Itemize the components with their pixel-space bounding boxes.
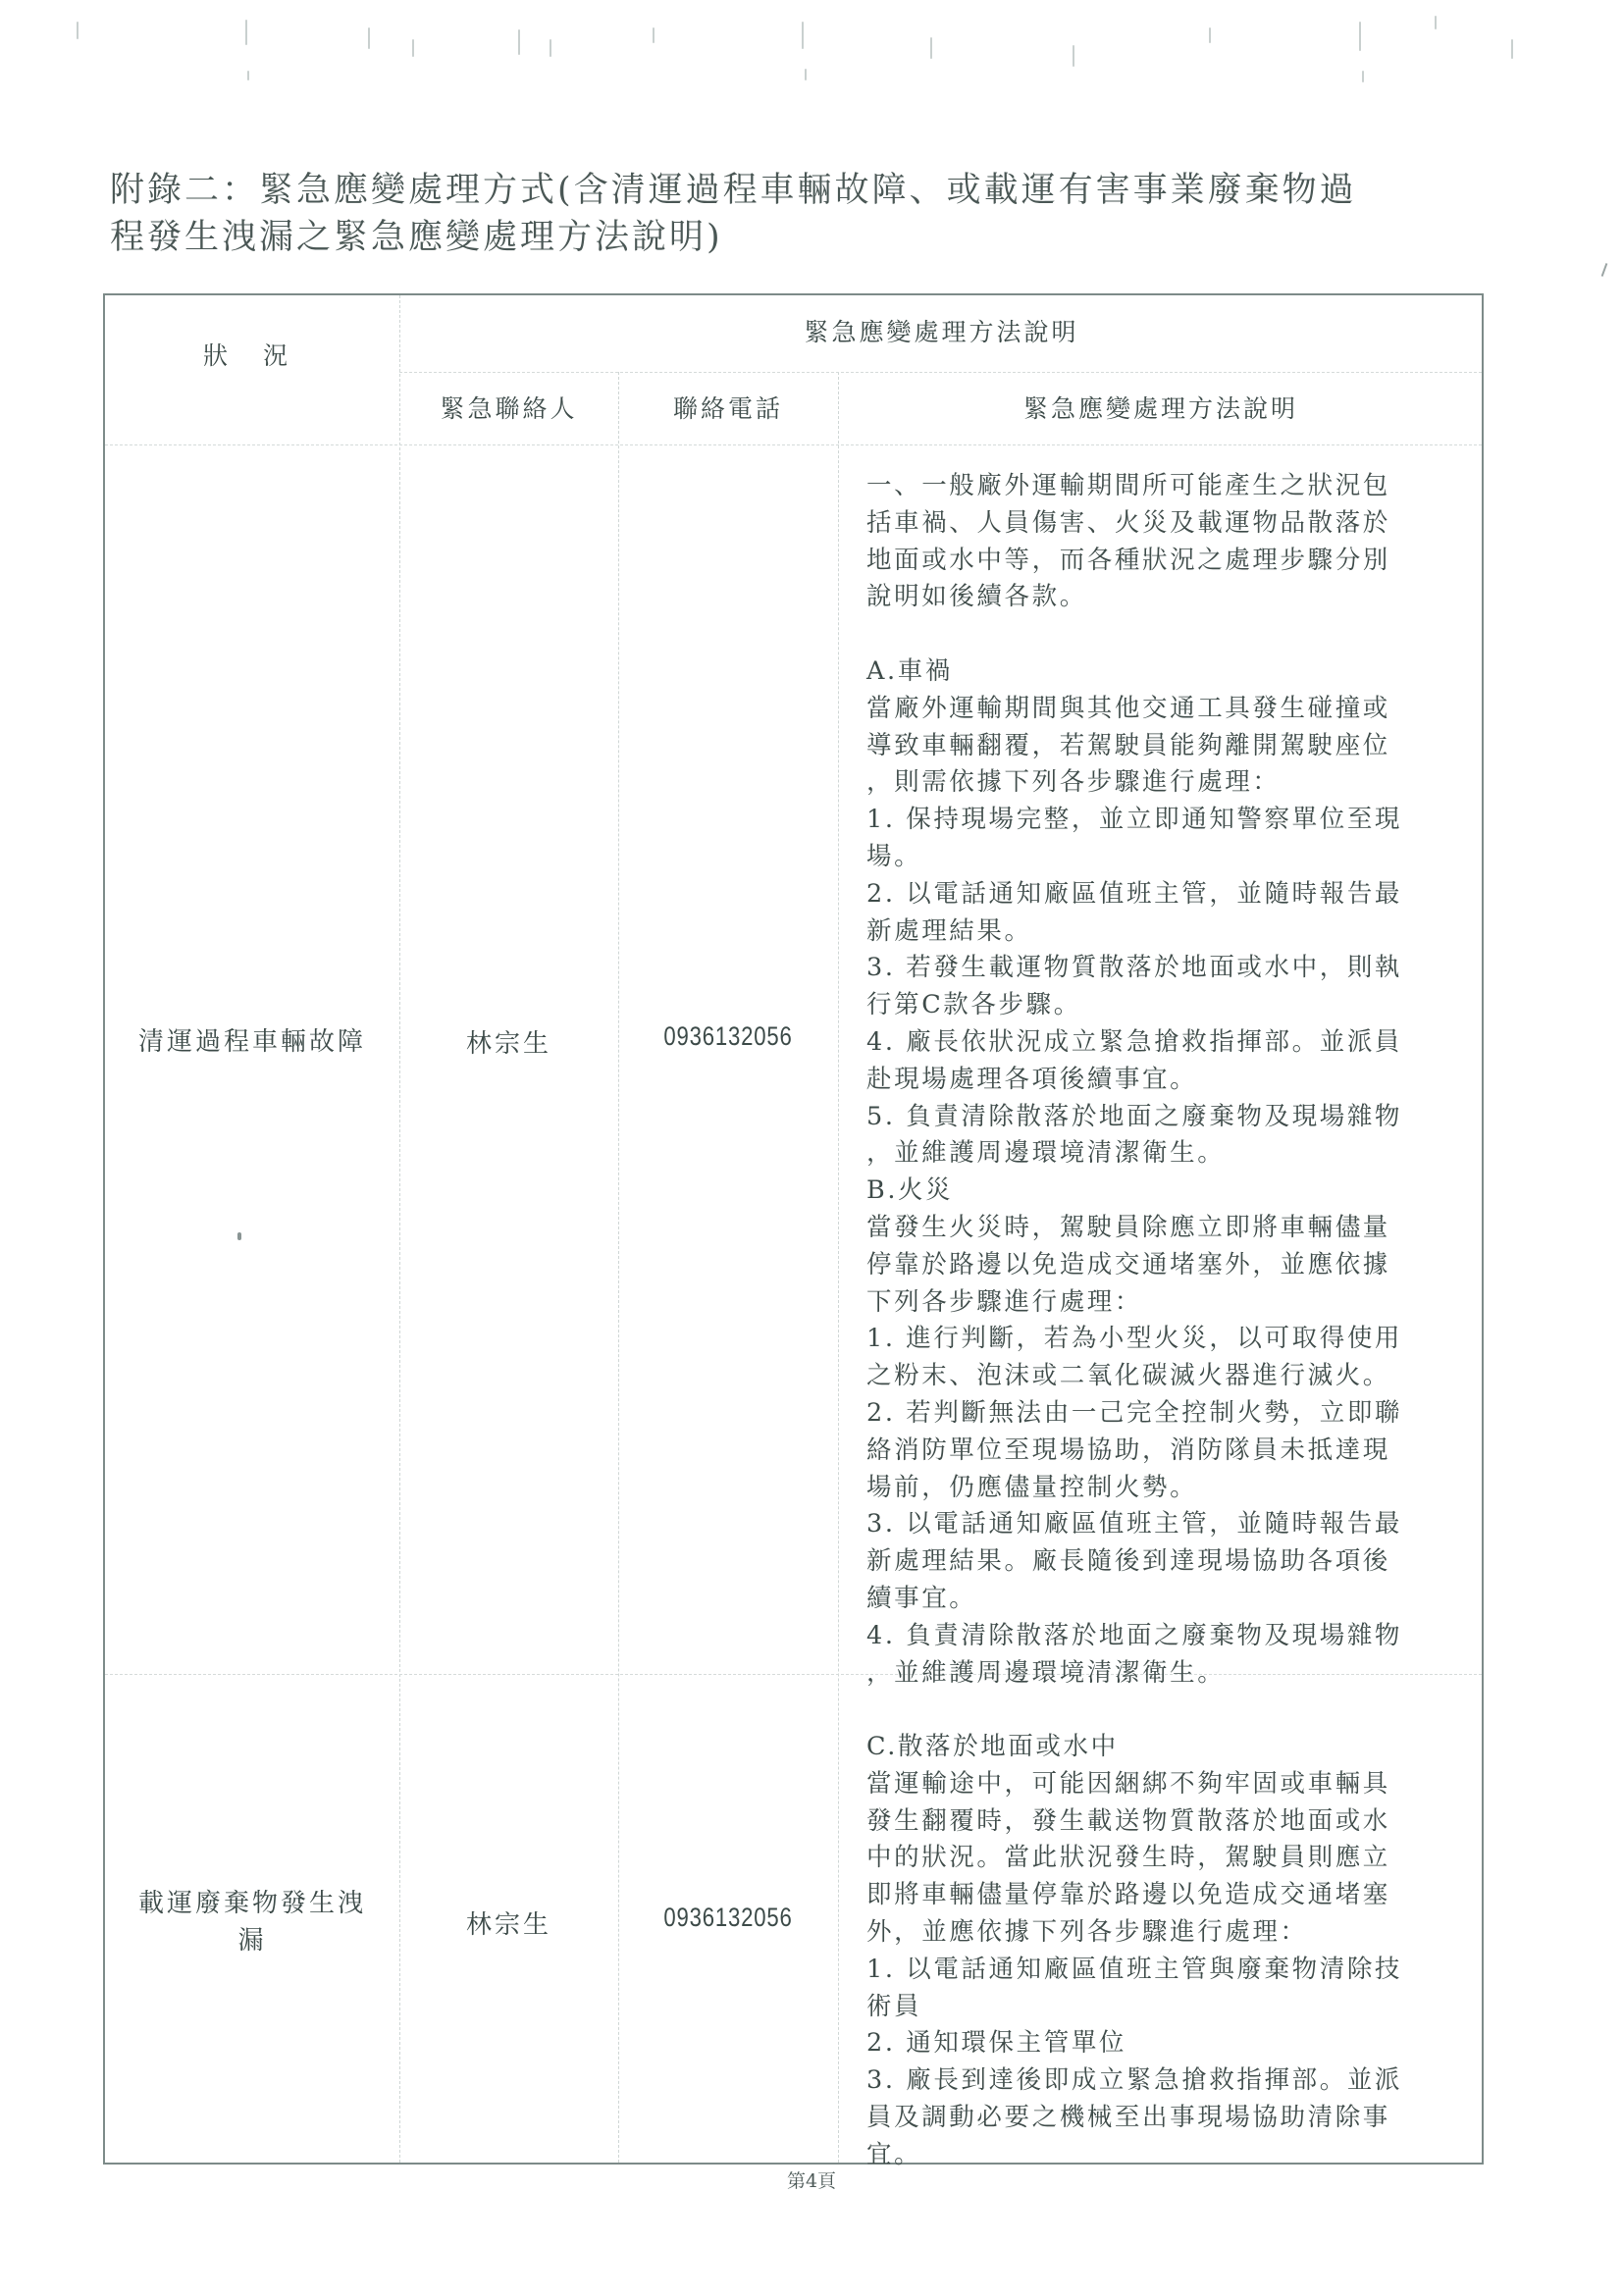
description-line: 續事宜。 xyxy=(866,1581,1475,1618)
header-bottom-divider xyxy=(105,444,1482,445)
emergency-response-table: 緊急應變處理方法說明 狀 況 緊急聯絡人 聯絡電話 緊急應變處理方法說明 清運過… xyxy=(103,293,1484,2165)
description-line: 括車禍、人員傷害、火災及載運物品散落於 xyxy=(866,505,1475,543)
header-description: 緊急應變處理方法說明 xyxy=(838,390,1484,425)
row-status-line-1: 載運廢棄物發生洩 xyxy=(105,1885,399,1922)
description-line: 行第C款各步驟。 xyxy=(866,987,1475,1024)
description-line: 導致車輛翻覆，若駕駛員能夠離開駕駛座位 xyxy=(866,728,1475,765)
document-title: 附錄二：緊急應變處理方式(含清運過程車輛故障、或載運有害事業廢棄物過 程發生洩漏… xyxy=(110,167,1503,261)
description-line: 即將車輛儘量停靠於路邊以免造成交通堵塞 xyxy=(866,1877,1475,1914)
row-phone: 0936132056 xyxy=(638,1021,818,1052)
header-group-label: 緊急應變處理方法說明 xyxy=(399,313,1484,348)
description-line: 新處理結果。 xyxy=(866,913,1475,951)
description-line: 2. 通知環保主管單位 xyxy=(866,2025,1475,2062)
title-line-1: 附錄二：緊急應變處理方式(含清運過程車輛故障、或載運有害事業廢棄物過 xyxy=(110,167,1503,214)
row-status-line-2: 漏 xyxy=(105,1922,399,1959)
row-contact-person: 林宗生 xyxy=(399,1905,618,1941)
description-line: 1. 進行判斷，若為小型火災，以可取得使用 xyxy=(866,1321,1475,1358)
scan-edge-mark xyxy=(1601,263,1608,277)
row-phone: 0936132056 xyxy=(638,1903,818,1933)
description-line: 術員 xyxy=(866,1989,1475,2026)
description-line: 1. 以電話通知廠區值班主管與廢棄物清除技 xyxy=(866,1952,1475,1989)
description-line: 3. 若發生載運物質散落於地面或水中，則執 xyxy=(866,950,1475,987)
description-line: ，則需依據下列各步驟進行處理： xyxy=(866,764,1475,802)
header-divider xyxy=(399,372,1482,373)
description-line: ，並維護周邊環境清潔衛生。 xyxy=(866,1135,1475,1173)
description-line: 一、一般廠外運輸期間所可能產生之狀況包 xyxy=(866,468,1475,505)
row-status: 清運過程車輛故障 xyxy=(105,1023,399,1061)
description-line: 員及調動必要之機械至出事現場協助清除事 xyxy=(866,2100,1475,2137)
description-line: 中的狀況。當此狀況發生時，駕駛員則應立 xyxy=(866,1840,1475,1877)
description-line: 場前，仍應儘量控制火勢。 xyxy=(866,1470,1475,1507)
header-status: 狀 況 xyxy=(105,337,399,372)
description-line: 1. 保持現場完整，並立即通知警察單位至現 xyxy=(866,802,1475,839)
header-phone: 聯絡電話 xyxy=(618,390,838,425)
description-line: B.火災 xyxy=(866,1173,1475,1210)
scan-speck xyxy=(237,1232,241,1240)
description-line: 外，並應依據下列各步驟進行處理： xyxy=(866,1914,1475,1952)
column-divider xyxy=(399,295,400,2163)
description-line: 2. 若判斷無法由一己完全控制火勢，立即聯 xyxy=(866,1395,1475,1433)
header-contact-person: 緊急聯絡人 xyxy=(399,390,618,425)
description-line: 5. 負責清除散落於地面之廢棄物及現場雜物 xyxy=(866,1099,1475,1136)
description-line: 當運輸途中，可能因綑綁不夠牢固或車輛具 xyxy=(866,1766,1475,1803)
description-line: 之粉末、泡沫或二氧化碳滅火器進行滅火。 xyxy=(866,1358,1475,1395)
description-line: 2. 以電話通知廠區值班主管，並隨時報告最 xyxy=(866,876,1475,913)
description-line: 3. 以電話通知廠區值班主管，並隨時報告最 xyxy=(866,1506,1475,1543)
description-line: 發生翻覆時，發生載送物質散落於地面或水 xyxy=(866,1803,1475,1841)
description-line: 地面或水中等，而各種狀況之處理步驟分別 xyxy=(866,543,1475,580)
description-line: A.車禍 xyxy=(866,653,1475,691)
title-line-2: 程發生洩漏之緊急應變處理方法說明) xyxy=(110,214,1503,261)
description-line: C.散落於地面或水中 xyxy=(866,1729,1475,1766)
scan-artifacts xyxy=(0,0,1623,88)
description-line: 當發生火災時，駕駛員除應立即將車輛儘量 xyxy=(866,1210,1475,1247)
column-divider xyxy=(618,372,619,2163)
description-line: 場。 xyxy=(866,839,1475,876)
description-line: 4. 負責清除散落於地面之廢棄物及現場雜物 xyxy=(866,1618,1475,1655)
description-line: 停靠於路邊以免造成交通堵塞外，並應依據 xyxy=(866,1247,1475,1284)
description-line: 說明如後續各款。 xyxy=(866,579,1475,616)
description-line: 新處理結果。廠長隨後到達現場協助各項後 xyxy=(866,1543,1475,1581)
description-line: 4. 廠長依狀況成立緊急搶救指揮部。並派員 xyxy=(866,1024,1475,1062)
description-line: 赴現場處理各項後續事宜。 xyxy=(866,1062,1475,1099)
blank-line xyxy=(866,616,1475,653)
procedure-description: 一、一般廠外運輸期間所可能產生之狀況包括車禍、人員傷害、火災及載運物品散落於地面… xyxy=(866,468,1475,2174)
description-line: 3. 廠長到達後即成立緊急搶救指揮部。並派 xyxy=(866,2062,1475,2100)
row-status: 載運廢棄物發生洩 漏 xyxy=(105,1885,399,1959)
description-line: 絡消防單位至現場協助，消防隊員未抵達現 xyxy=(866,1433,1475,1470)
description-line: 當廠外運輸期間與其他交通工具發生碰撞或 xyxy=(866,691,1475,728)
page-number: 第4頁 xyxy=(0,2166,1623,2193)
row-contact-person: 林宗生 xyxy=(399,1023,618,1060)
description-line: ，並維護周邊環境清潔衛生。 xyxy=(866,1655,1475,1693)
description-line: 下列各步驟進行處理： xyxy=(866,1284,1475,1322)
column-divider xyxy=(838,372,839,2163)
blank-line xyxy=(866,1692,1475,1729)
